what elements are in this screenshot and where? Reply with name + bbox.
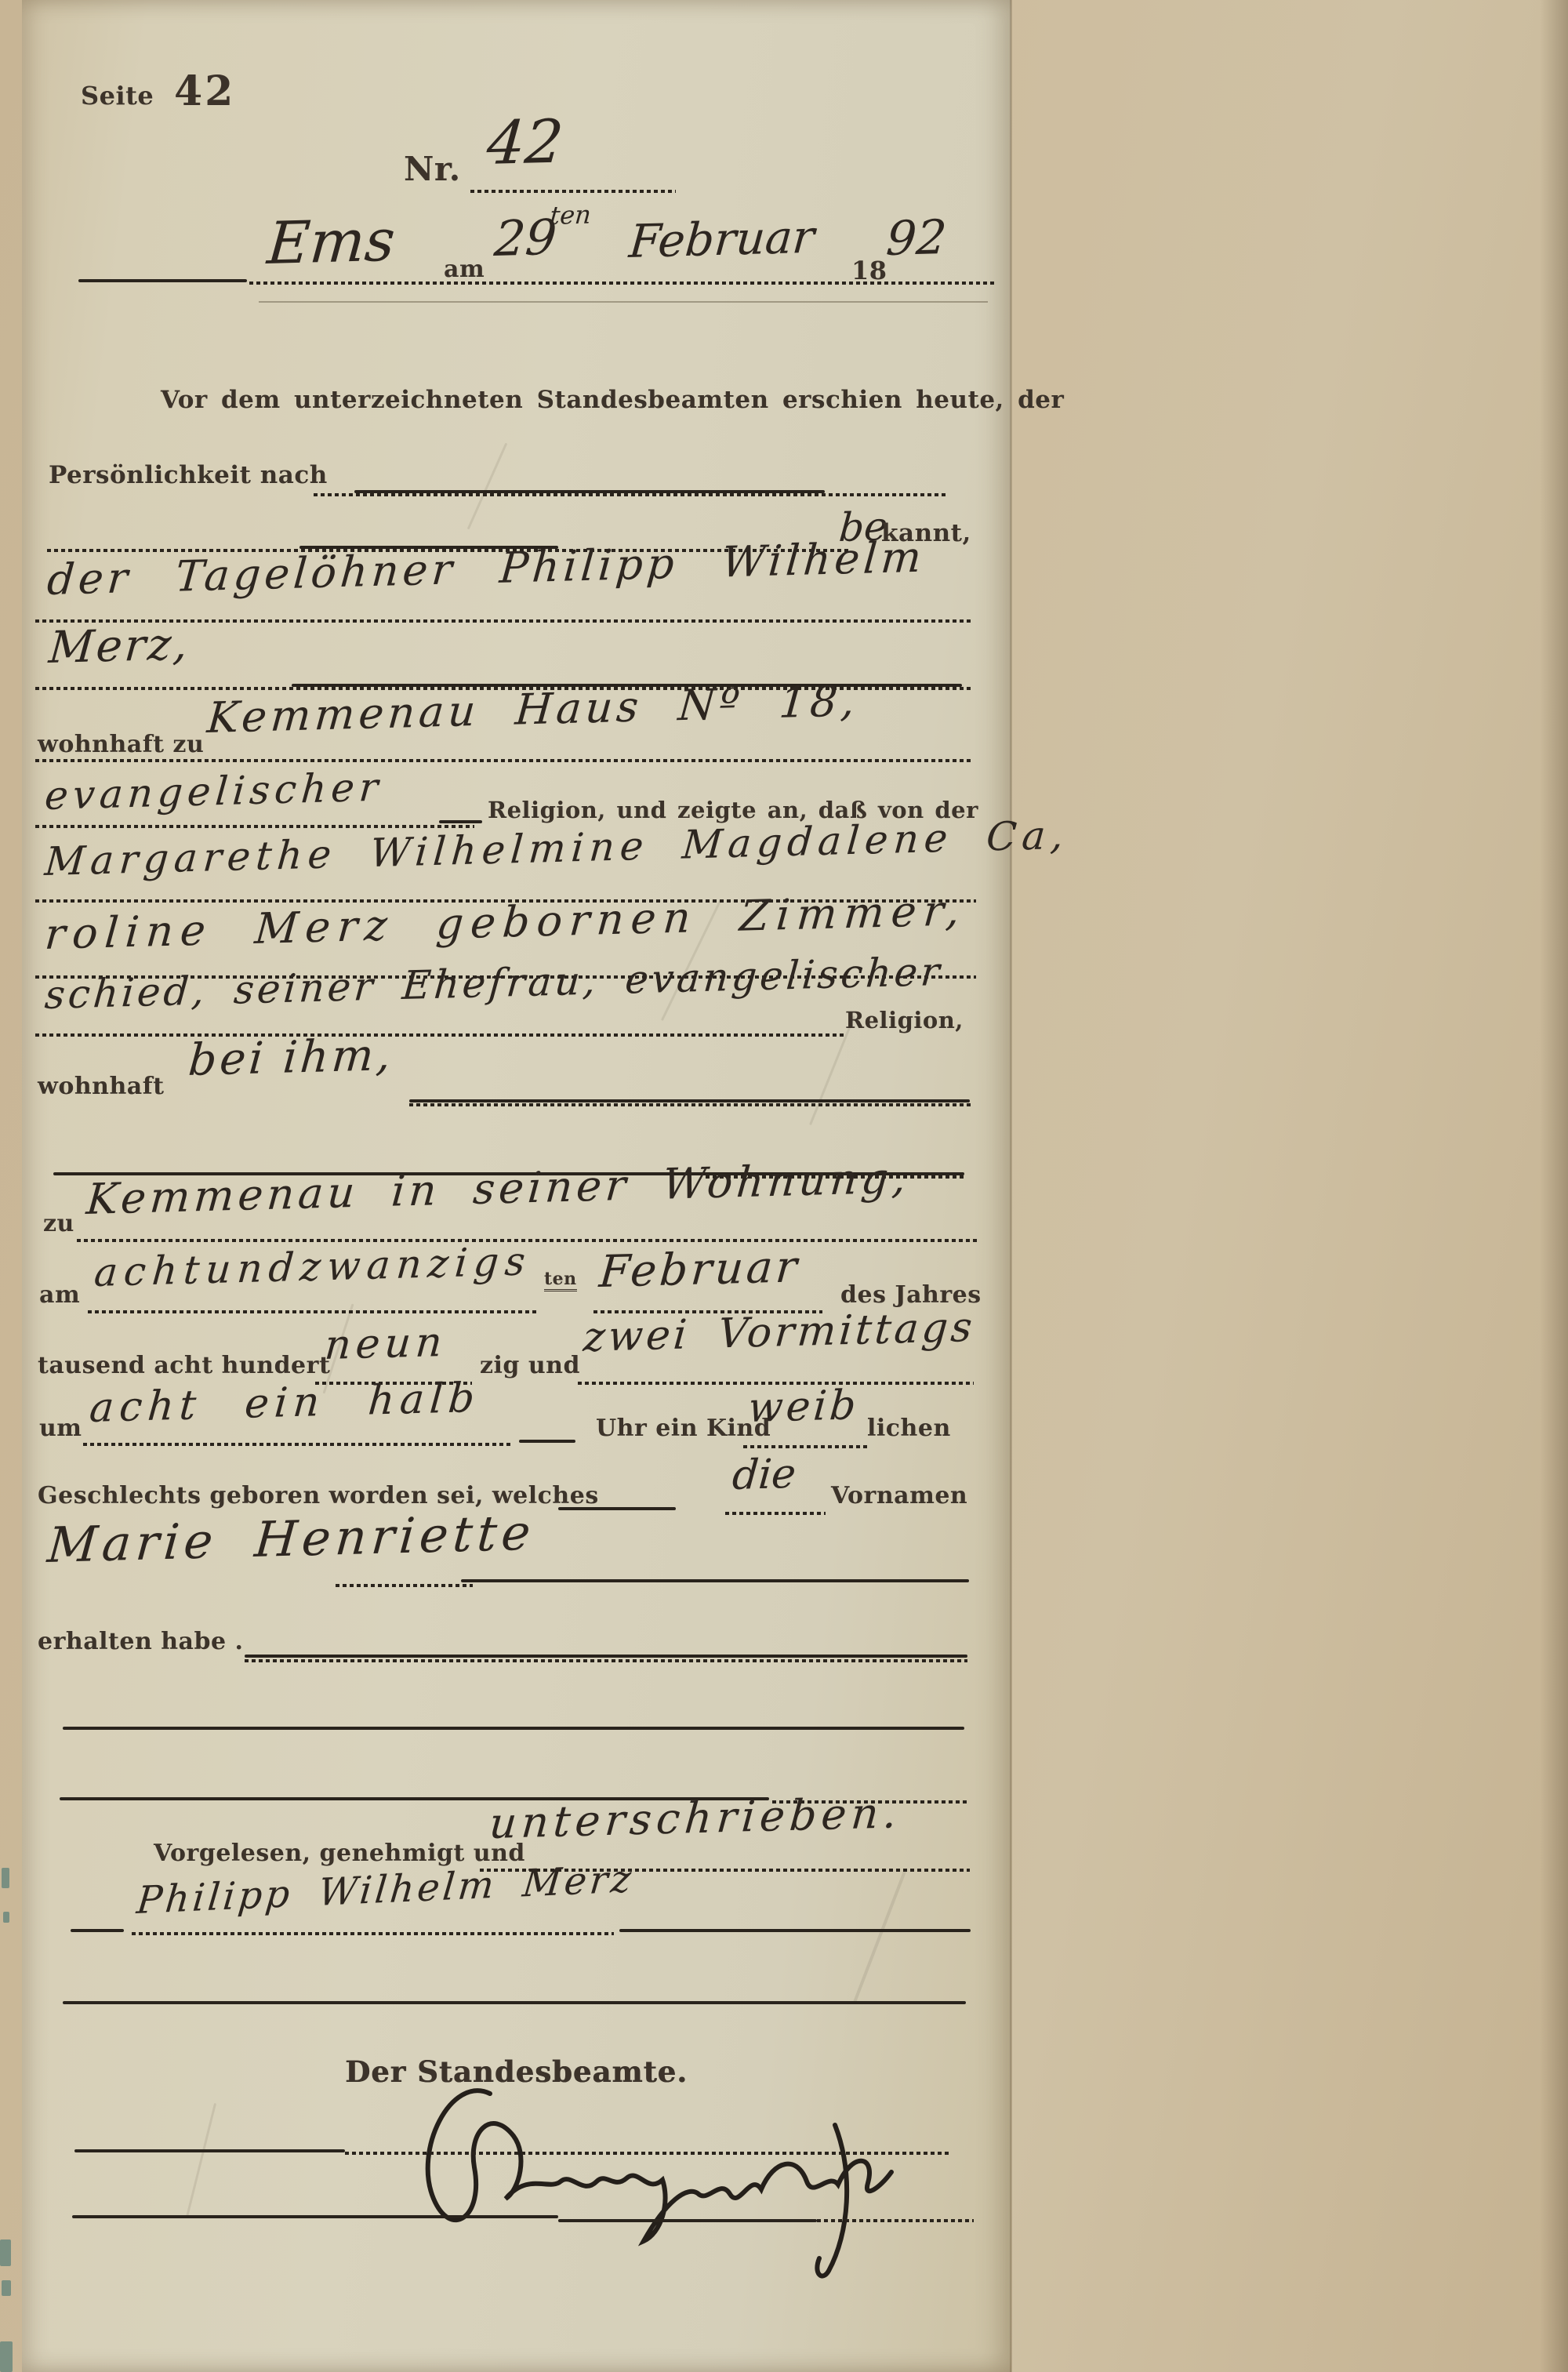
scanned-register-page: Seite 42 Nr. 42 Ems am 29 ten Februar 18… xyxy=(0,0,1568,2372)
binding-mark xyxy=(2,2280,11,2296)
dateline-year: 92 xyxy=(884,210,949,267)
binding-mark xyxy=(0,2341,13,2372)
received-printed: erhalten habe . xyxy=(38,1628,243,1655)
rule xyxy=(336,1584,473,1587)
rule xyxy=(725,1512,826,1515)
rule xyxy=(132,1932,614,1935)
birthplace-printed: zu xyxy=(43,1210,74,1237)
rule xyxy=(83,1443,513,1446)
dateline-am: am xyxy=(444,256,485,283)
year-tens-handwritten: neun xyxy=(323,1319,448,1369)
mother-residence-printed: wohnhaft xyxy=(38,1073,164,1100)
binding-mark xyxy=(2,1868,9,1888)
rule xyxy=(558,2219,817,2222)
firstnames-printed: Vornamen xyxy=(831,1482,967,1509)
page-seam xyxy=(1010,0,1012,2372)
gender-handwritten: weib xyxy=(746,1382,861,1432)
rule xyxy=(409,1103,972,1106)
registrar-signature xyxy=(396,2080,929,2283)
dateline-day-suffix: ten xyxy=(549,200,592,231)
record-number-label: Nr. xyxy=(404,150,461,188)
year-join-printed: zig und xyxy=(480,1352,580,1379)
dateline-century: 18 xyxy=(851,256,887,285)
birthmonth-handwritten: Februar xyxy=(597,1241,802,1298)
read-approved-printed: Vorgelesen, genehmigt und xyxy=(154,1840,525,1867)
gender-printed: lichen xyxy=(867,1415,951,1442)
rule xyxy=(619,1929,971,1932)
article-handwritten: die xyxy=(731,1451,797,1499)
residence-printed: wohnhaft zu xyxy=(38,731,204,758)
rule xyxy=(71,1929,124,1932)
rule xyxy=(78,279,247,282)
rule xyxy=(314,493,949,496)
dateline-place: Ems xyxy=(265,207,397,278)
binding-mark xyxy=(0,2239,11,2266)
rule xyxy=(345,2152,949,2155)
rule xyxy=(439,820,482,823)
year-printed: tausend acht hundert xyxy=(38,1352,330,1379)
rule xyxy=(558,1507,676,1510)
rule xyxy=(72,2215,558,2218)
binding-mark xyxy=(3,1912,9,1923)
rule xyxy=(817,2219,974,2222)
rule xyxy=(743,1445,867,1448)
rule xyxy=(245,1655,967,1658)
intro-line2: Persönlichkeit nach xyxy=(49,461,328,489)
rule xyxy=(470,190,676,193)
rule xyxy=(245,1659,967,1662)
rule xyxy=(35,1033,847,1037)
rule xyxy=(409,1099,970,1102)
birthday-suffix-printed: ten xyxy=(544,1269,577,1291)
rule xyxy=(63,2001,966,2004)
religion-handwritten: evangelischer xyxy=(43,765,384,819)
rule xyxy=(519,1440,575,1443)
page-number-label: Seite xyxy=(81,81,154,111)
rule xyxy=(354,490,825,493)
time-printed-um: um xyxy=(39,1415,82,1442)
right-page-edge-shadow xyxy=(1540,0,1568,2372)
rule xyxy=(74,2149,345,2152)
rule xyxy=(63,1727,964,1730)
page-number-value: 42 xyxy=(174,67,235,115)
rule xyxy=(35,825,474,828)
intro-line1: Vor dem unterzeichneten Standesbeamten e… xyxy=(161,386,1064,414)
dateline-day: 29 xyxy=(492,209,559,267)
record-number-value: 42 xyxy=(485,106,566,178)
rule-faint xyxy=(259,301,988,303)
mother-residence-handwritten: bei ihm, xyxy=(187,1030,396,1086)
dateline-month: Februar xyxy=(627,210,816,268)
birthday-printed-am: am xyxy=(39,1281,80,1309)
declarant-line2: Merz, xyxy=(47,619,192,674)
uhr-kind-printed: Uhr ein Kind xyxy=(596,1415,771,1442)
religion2-printed: Religion, xyxy=(845,1007,964,1033)
rule xyxy=(88,1310,536,1313)
rule xyxy=(461,1579,969,1582)
rule xyxy=(35,759,972,762)
